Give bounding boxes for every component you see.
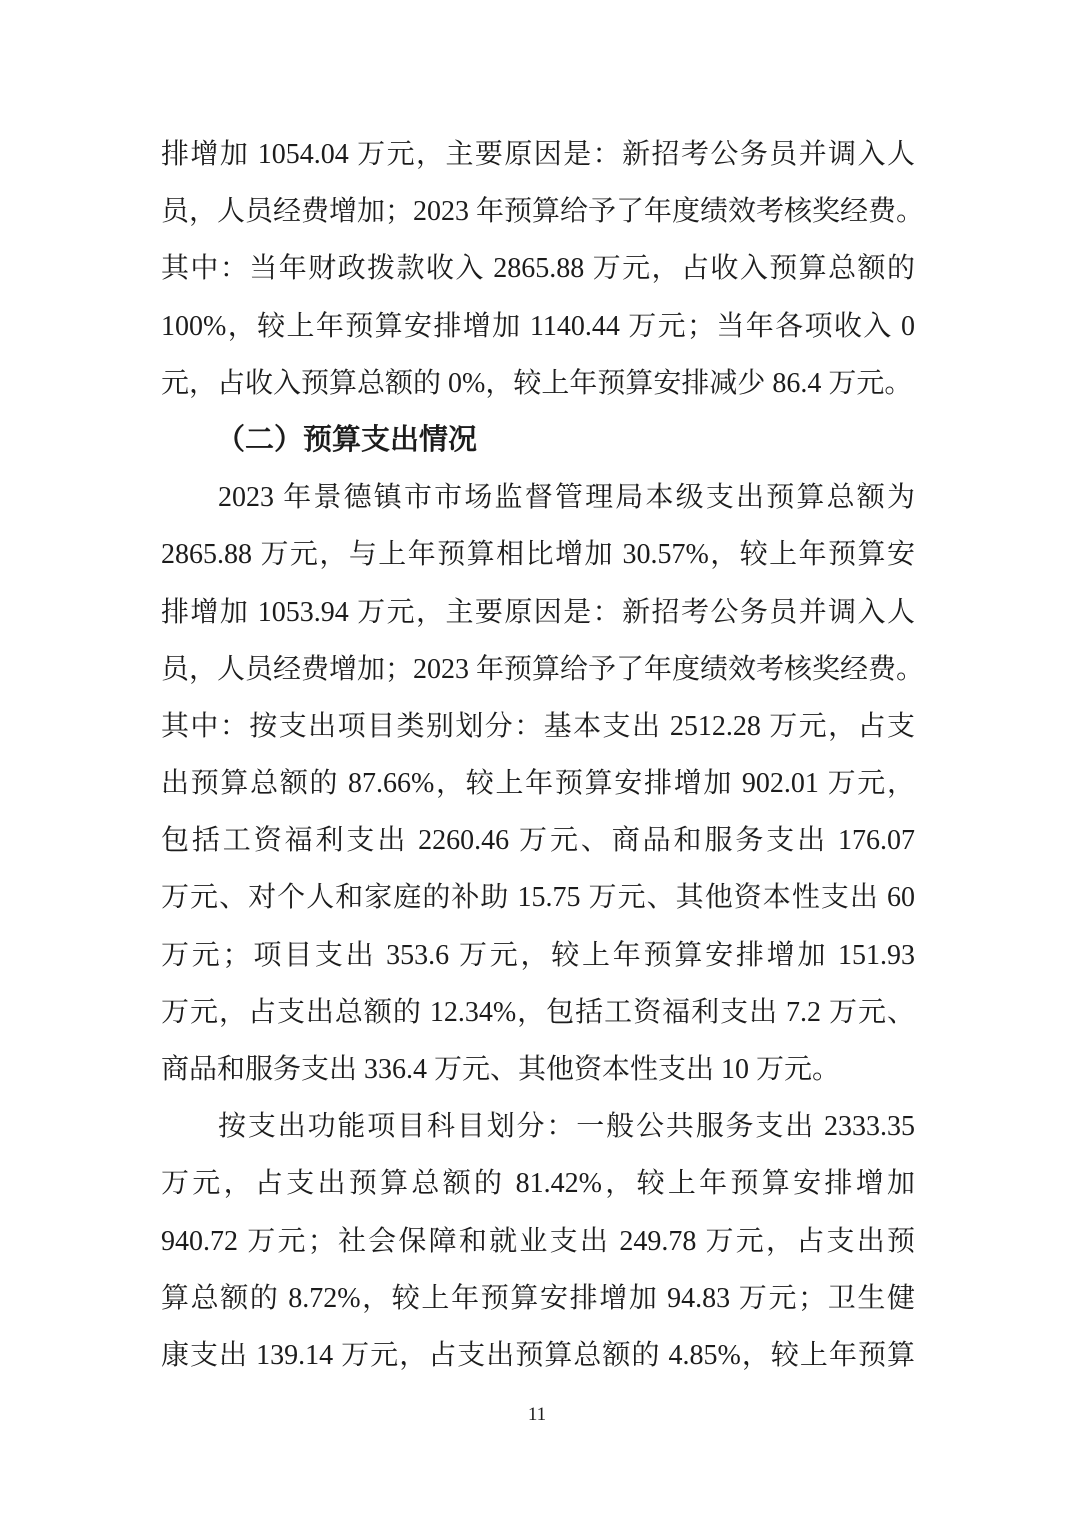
text-line: 商品和服务支出 336.4 万元、其他资本性支出 10 万元。	[161, 1041, 915, 1098]
text-line: 万元、对个人和家庭的补助 15.75 万元、其他资本性支出 60	[161, 869, 915, 926]
text-line: 排增加 1053.94 万元，主要原因是：新招考公务员并调入人	[161, 584, 915, 641]
document-page: 排增加 1054.04 万元，主要原因是：新招考公务员并调入人 员，人员经费增加…	[0, 0, 1074, 1520]
text-line: 940.72 万元；社会保障和就业支出 249.78 万元，占支出预	[161, 1213, 915, 1270]
document-body: 排增加 1054.04 万元，主要原因是：新招考公务员并调入人 员，人员经费增加…	[161, 126, 915, 1384]
text-line: 算总额的 8.72%，较上年预算安排增加 94.83 万元；卫生健	[161, 1270, 915, 1327]
text-line: 其中：按支出项目类别划分：基本支出 2512.28 万元，占支	[161, 698, 915, 755]
text-line: 2865.88 万元，与上年预算相比增加 30.57%，较上年预算安	[161, 526, 915, 583]
section-heading: （二）预算支出情况	[161, 412, 915, 469]
text-line: 万元，占支出预算总额的 81.42%，较上年预算安排增加	[161, 1155, 915, 1212]
text-line: 元，占收入预算总额的 0%，较上年预算安排减少 86.4 万元。	[161, 355, 915, 412]
text-line: 万元；项目支出 353.6 万元，较上年预算安排增加 151.93	[161, 927, 915, 984]
text-line: 康支出 139.14 万元，占支出预算总额的 4.85%，较上年预算	[161, 1327, 915, 1384]
text-line: 100%，较上年预算安排增加 1140.44 万元；当年各项收入 0	[161, 298, 915, 355]
text-line: 员，人员经费增加；2023 年预算给予了年度绩效考核奖经费。	[161, 183, 915, 240]
text-line: 万元，占支出总额的 12.34%，包括工资福利支出 7.2 万元、	[161, 984, 915, 1041]
text-line: 其中：当年财政拨款收入 2865.88 万元，占收入预算总额的	[161, 240, 915, 297]
text-line: 按支出功能项目科目划分：一般公共服务支出 2333.35	[161, 1098, 915, 1155]
text-line: 出预算总额的 87.66%，较上年预算安排增加 902.01 万元，	[161, 755, 915, 812]
text-line: 排增加 1054.04 万元，主要原因是：新招考公务员并调入人	[161, 126, 915, 183]
text-line: 2023 年景德镇市市场监督管理局本级支出预算总额为	[161, 469, 915, 526]
text-line: 员，人员经费增加；2023 年预算给予了年度绩效考核奖经费。	[161, 641, 915, 698]
text-line: 包括工资福利支出 2260.46 万元、商品和服务支出 176.07	[161, 812, 915, 869]
page-number: 11	[0, 1400, 1074, 1430]
